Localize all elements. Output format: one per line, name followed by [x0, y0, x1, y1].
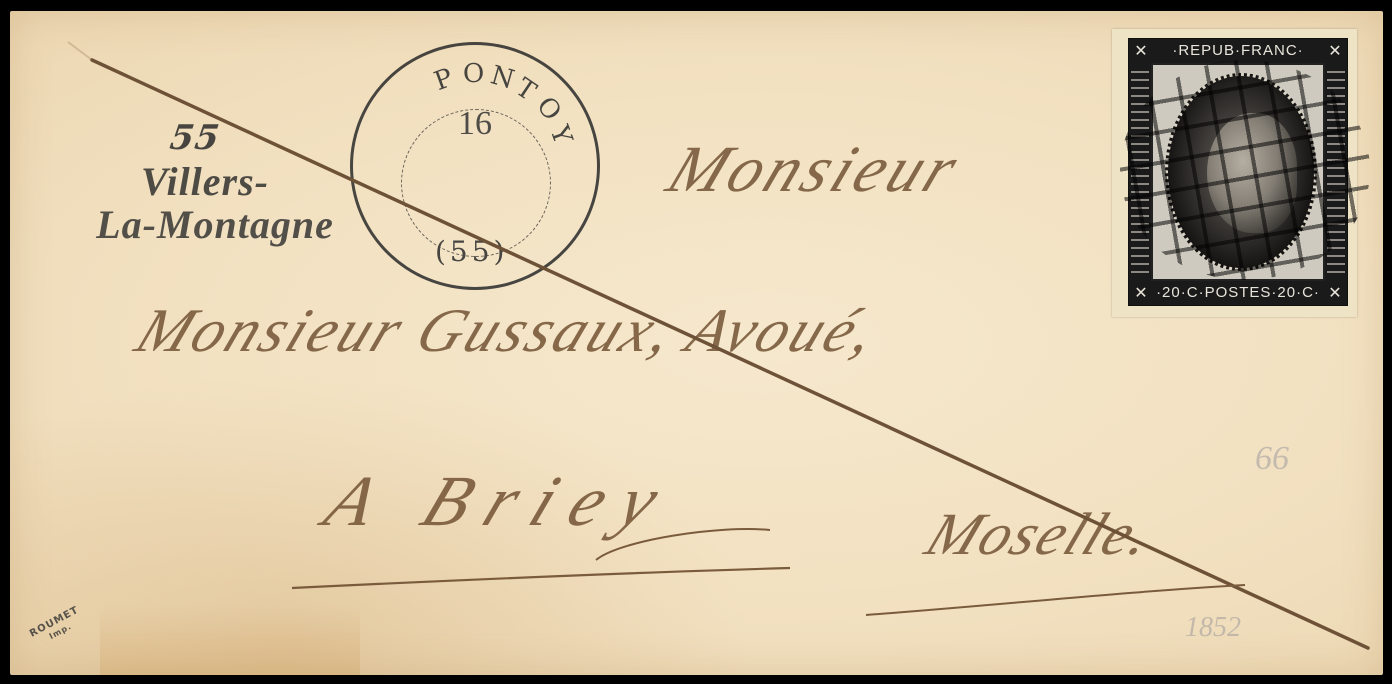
- cancel-pen-stroke: [92, 60, 1368, 648]
- flourish-stroke: [596, 529, 770, 560]
- underline-stroke: [866, 585, 1245, 615]
- underline-stroke: [292, 568, 790, 588]
- pen-stroke-faint: [68, 42, 92, 60]
- ink-strokes: [0, 0, 1392, 684]
